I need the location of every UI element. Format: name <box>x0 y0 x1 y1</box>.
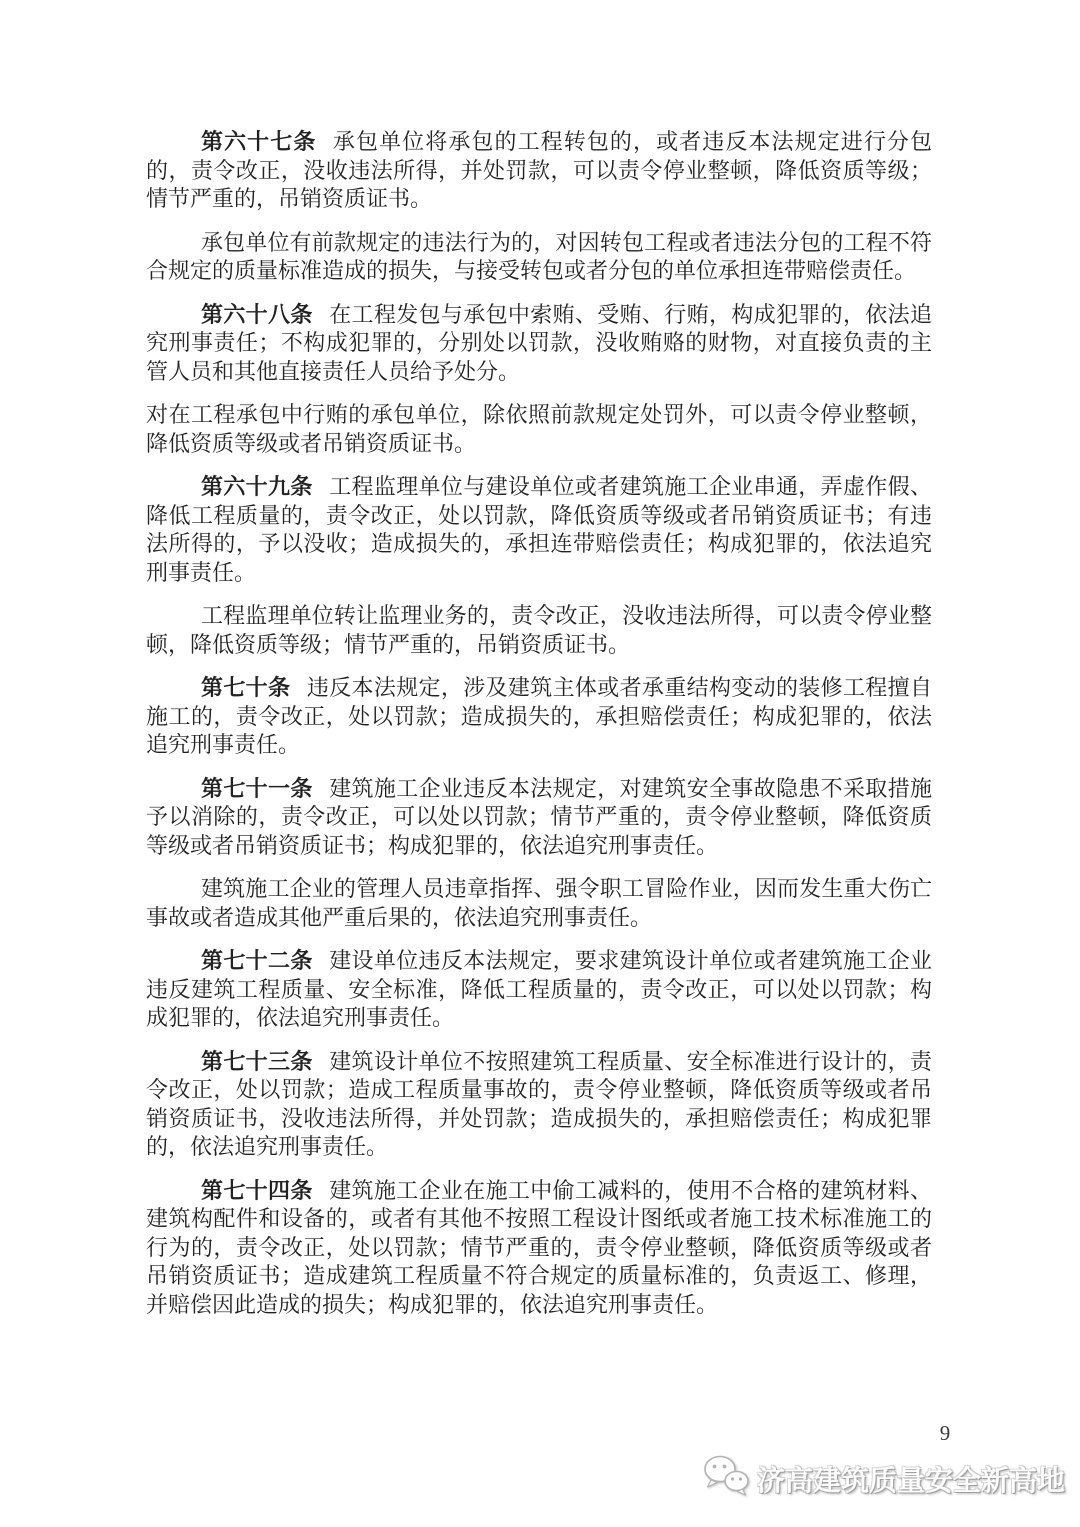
law-paragraph: 工程监理单位转让监理业务的，责令改正，没收违法所得，可以责令停业整顿，降低资质等… <box>146 602 932 659</box>
article-number: 第七十四条 <box>201 1178 313 1203</box>
page-number: 9 <box>901 1421 989 1446</box>
law-text-block: 第六十七条承包单位将承包的工程转包的，或者违反本法规定进行分包的，责令改正，没收… <box>146 128 932 1334</box>
wechat-icon <box>703 1454 749 1503</box>
article-number: 第七十一条 <box>201 776 313 801</box>
article-number: 第七十条 <box>201 675 290 700</box>
article-text: 对在工程承包中行贿的承包单位，除依照前款规定处罚外，可以责令停业整顿，降低资质等… <box>146 402 932 456</box>
law-paragraph: 第六十七条承包单位将承包的工程转包的，或者违反本法规定进行分包的，责令改正，没收… <box>146 128 932 214</box>
law-paragraph: 第七十一条建筑施工企业违反本法规定，对建筑安全事故隐患不采取措施予以消除的，责令… <box>146 775 932 861</box>
article-number: 第六十八条 <box>201 302 313 327</box>
article-text: 工程监理单位转让监理业务的，责令改正，没收违法所得，可以责令停业整顿，降低资质等… <box>146 603 932 657</box>
law-paragraph: 承包单位有前款规定的违法行为的，对因转包工程或者违法分包的工程不符合规定的质量标… <box>146 229 932 286</box>
article-number: 第七十三条 <box>201 1049 313 1074</box>
law-paragraph: 第七十二条建设单位违反本法规定，要求建筑设计单位或者建筑施工企业违反建筑工程质量… <box>146 947 932 1033</box>
law-paragraph: 对在工程承包中行贿的承包单位，除依照前款规定处罚外，可以责令停业整顿，降低资质等… <box>146 401 932 458</box>
article-number: 第七十二条 <box>201 948 313 973</box>
article-text: 建筑施工企业的管理人员违章指挥、强令职工冒险作业，因而发生重大伤亡事故或者造成其… <box>146 876 932 930</box>
law-paragraph: 第七十条违反本法规定，涉及建筑主体或者承重结构变动的装修工程擅自施工的，责令改正… <box>146 674 932 760</box>
document-page: 第六十七条承包单位将承包的工程转包的，或者违反本法规定进行分包的，责令改正，没收… <box>0 0 1080 1527</box>
article-text: 承包单位有前款规定的违法行为的，对因转包工程或者违法分包的工程不符合规定的质量标… <box>146 230 932 284</box>
law-paragraph: 第七十四条建筑施工企业在施工中偷工减料的，使用不合格的建筑材料、建筑构配件和设备… <box>146 1177 932 1320</box>
article-number: 第六十七条 <box>201 129 316 154</box>
law-paragraph: 第六十九条工程监理单位与建设单位或者建筑施工企业串通，弄虚作假、降低工程质量的，… <box>146 473 932 587</box>
article-number: 第六十九条 <box>201 474 313 499</box>
watermark: 济高建筑质量安全新高地 <box>703 1454 1065 1503</box>
law-paragraph: 建筑施工企业的管理人员违章指挥、强令职工冒险作业，因而发生重大伤亡事故或者造成其… <box>146 875 932 932</box>
law-paragraph: 第七十三条建筑设计单位不按照建筑工程质量、安全标准进行设计的，责令改正，处以罚款… <box>146 1048 932 1162</box>
watermark-text: 济高建筑质量安全新高地 <box>757 1459 1065 1499</box>
law-paragraph: 第六十八条在工程发包与承包中索贿、受贿、行贿，构成犯罪的，依法追究刑事责任；不构… <box>146 301 932 387</box>
